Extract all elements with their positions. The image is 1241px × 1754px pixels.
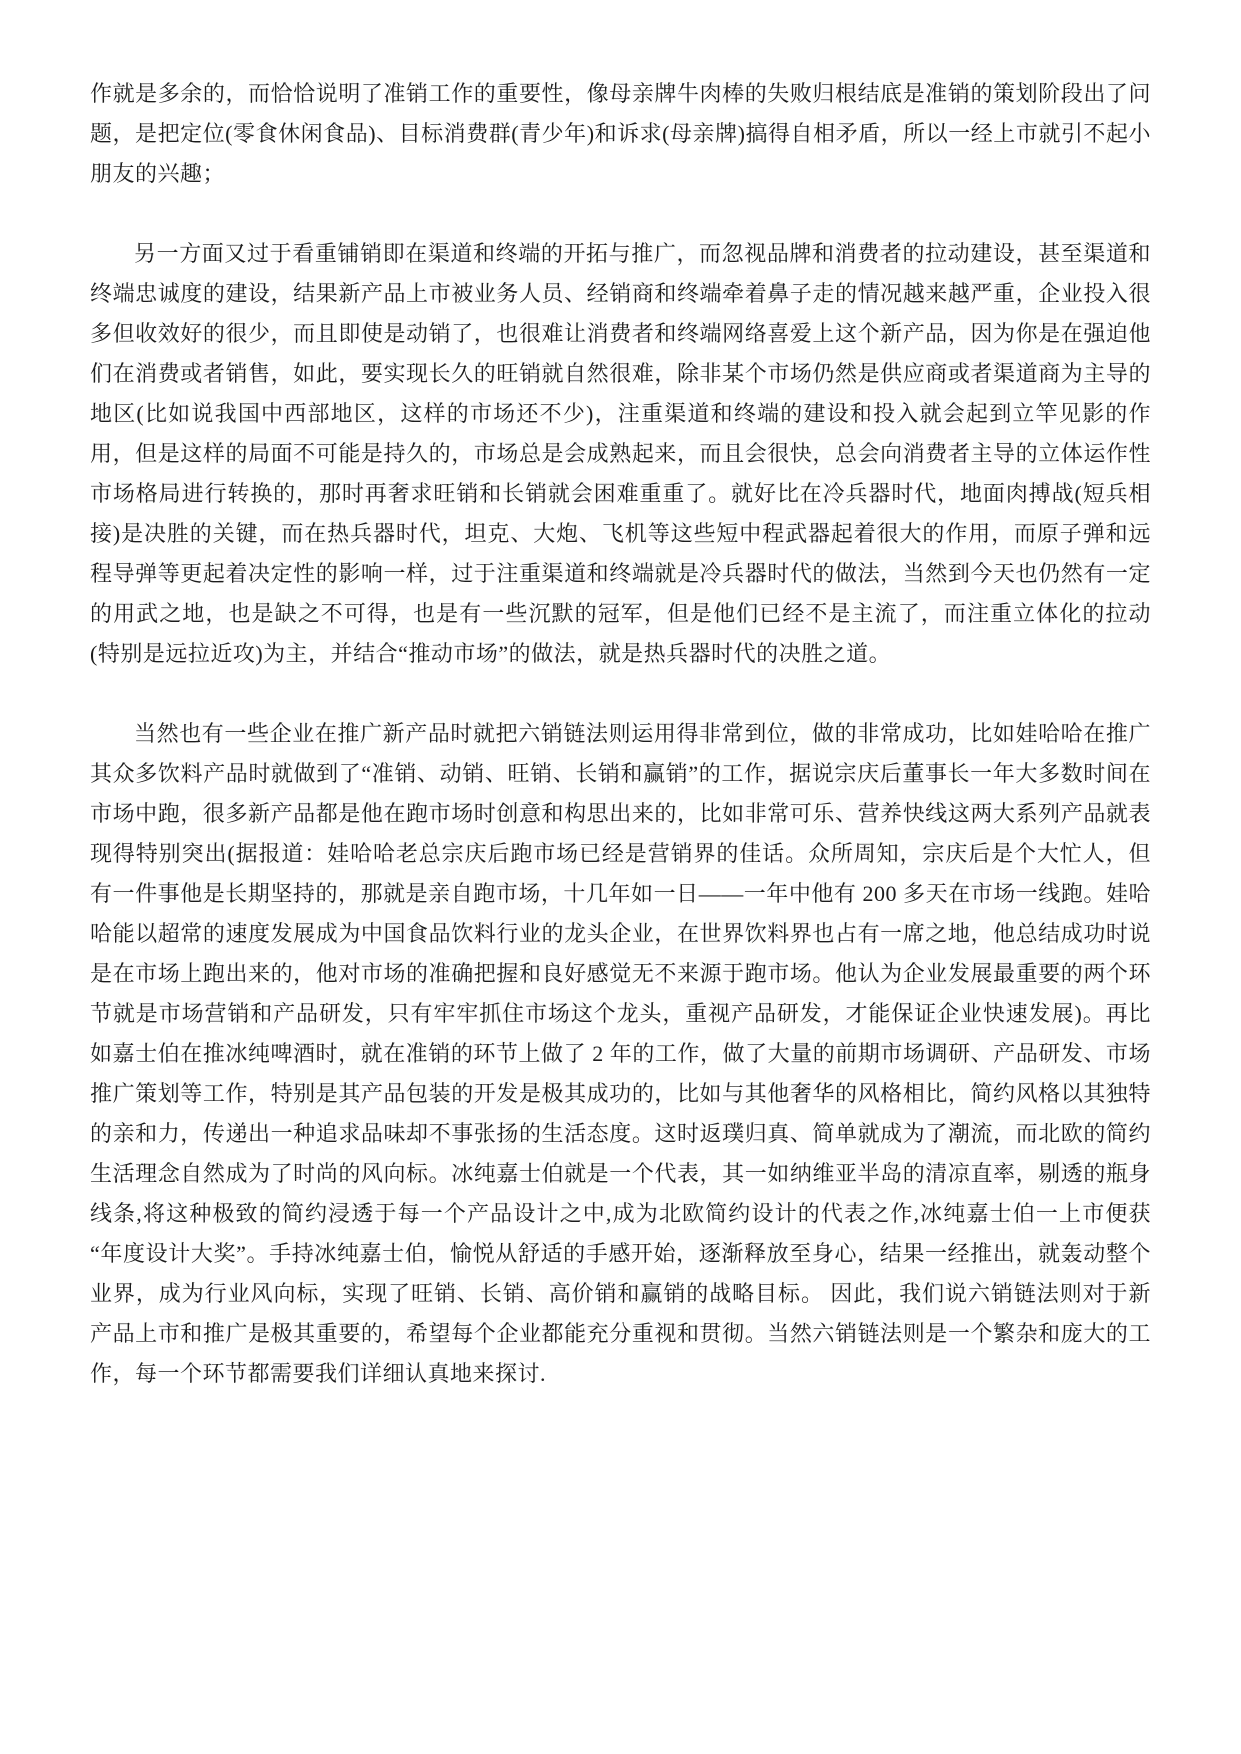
paragraph-channel-terminal: 另一方面又过于看重铺销即在渠道和终端的开拓与推广，而忽视品牌和消费者的拉动建设，… [90,234,1151,674]
paragraph-case-studies: 当然也有一些企业在推广新产品时就把六销链法则运用得非常到位，做的非常成功，比如娃… [90,714,1151,1394]
paragraph-continuation: 作就是多余的，而恰恰说明了准销工作的重要性，像母亲牌牛肉棒的失败归根结底是准销的… [90,74,1151,194]
document-page: 作就是多余的，而恰恰说明了准销工作的重要性，像母亲牌牛肉棒的失败归根结底是准销的… [0,0,1241,1754]
